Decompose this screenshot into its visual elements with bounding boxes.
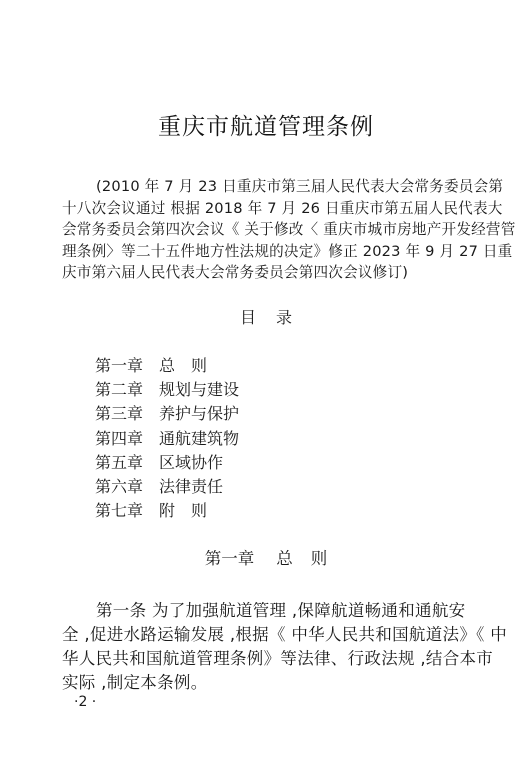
toc-item: 第二章规划与建设 bbox=[95, 377, 239, 400]
note-line: 十八次会议通过 根据 2018 年 7 月 26 日重庆市第五届人民代表大 bbox=[62, 197, 503, 218]
toc-chapter-number: 第三章 bbox=[95, 401, 159, 424]
toc-chapter-name: 养护与保护 bbox=[159, 404, 239, 423]
toc-item: 第三章养护与保护 bbox=[95, 401, 239, 424]
toc-item: 第七章附 则 bbox=[95, 498, 207, 521]
chapter-title-part: 总 bbox=[276, 549, 293, 568]
toc-item: 第五章区域协作 bbox=[95, 450, 223, 473]
toc-chapter-name: 法律责任 bbox=[159, 477, 223, 496]
toc-heading-char: 目 bbox=[240, 308, 256, 327]
toc-chapter-name: 区域协作 bbox=[159, 453, 223, 472]
note-line: 会常务委员会第四次会议《 关于修改〈 重庆市城市房地产开发经营管 bbox=[62, 218, 516, 239]
chapter-title-part: 则 bbox=[311, 549, 328, 568]
toc-chapter-number: 第一章 bbox=[95, 353, 159, 376]
note-line: 理条例〉等二十五件地方性法规的决定》修正 2023 年 9 月 27 日重 bbox=[62, 240, 512, 261]
toc-chapter-name: 通航建筑物 bbox=[159, 429, 239, 448]
article-line: 实际 ,制定本条例。 bbox=[62, 669, 208, 693]
toc-chapter-name: 规划与建设 bbox=[159, 380, 239, 399]
note-line: 庆市第六届人民代表大会常务委员会第四次会议修订) bbox=[62, 261, 408, 282]
chapter-number: 第一章 bbox=[205, 549, 255, 568]
toc-chapter-number: 第七章 bbox=[95, 498, 159, 521]
toc-item: 第一章总 则 bbox=[95, 353, 207, 376]
article-line: 第一条 为了加强航道管理 ,保障航道畅通和通航安 bbox=[96, 597, 465, 621]
note-line: (2010 年 7 月 23 日重庆市第三届人民代表大会常务委员会第 bbox=[96, 175, 503, 196]
toc-item: 第四章通航建筑物 bbox=[95, 426, 239, 449]
page-number: ·2 · bbox=[74, 694, 96, 710]
chapter-heading: 第一章总则 bbox=[0, 545, 532, 569]
toc-heading: 目录 bbox=[0, 305, 532, 328]
document-title: 重庆市航道管理条例 bbox=[0, 108, 532, 141]
toc-chapter-name: 总 则 bbox=[159, 356, 207, 375]
toc-chapter-name: 附 则 bbox=[159, 501, 207, 520]
toc-chapter-number: 第五章 bbox=[95, 450, 159, 473]
toc-heading-char: 录 bbox=[276, 308, 292, 327]
toc-item: 第六章法律责任 bbox=[95, 474, 223, 497]
toc-chapter-number: 第六章 bbox=[95, 474, 159, 497]
toc-chapter-number: 第四章 bbox=[95, 426, 159, 449]
article-line: 华人民共和国航道管理条例》等法律、行政法规 ,结合本市 bbox=[62, 645, 493, 669]
article-line: 全 ,促进水路运输发展 ,根据《 中华人民共和国航道法》《 中 bbox=[62, 621, 507, 645]
toc-chapter-number: 第二章 bbox=[95, 377, 159, 400]
